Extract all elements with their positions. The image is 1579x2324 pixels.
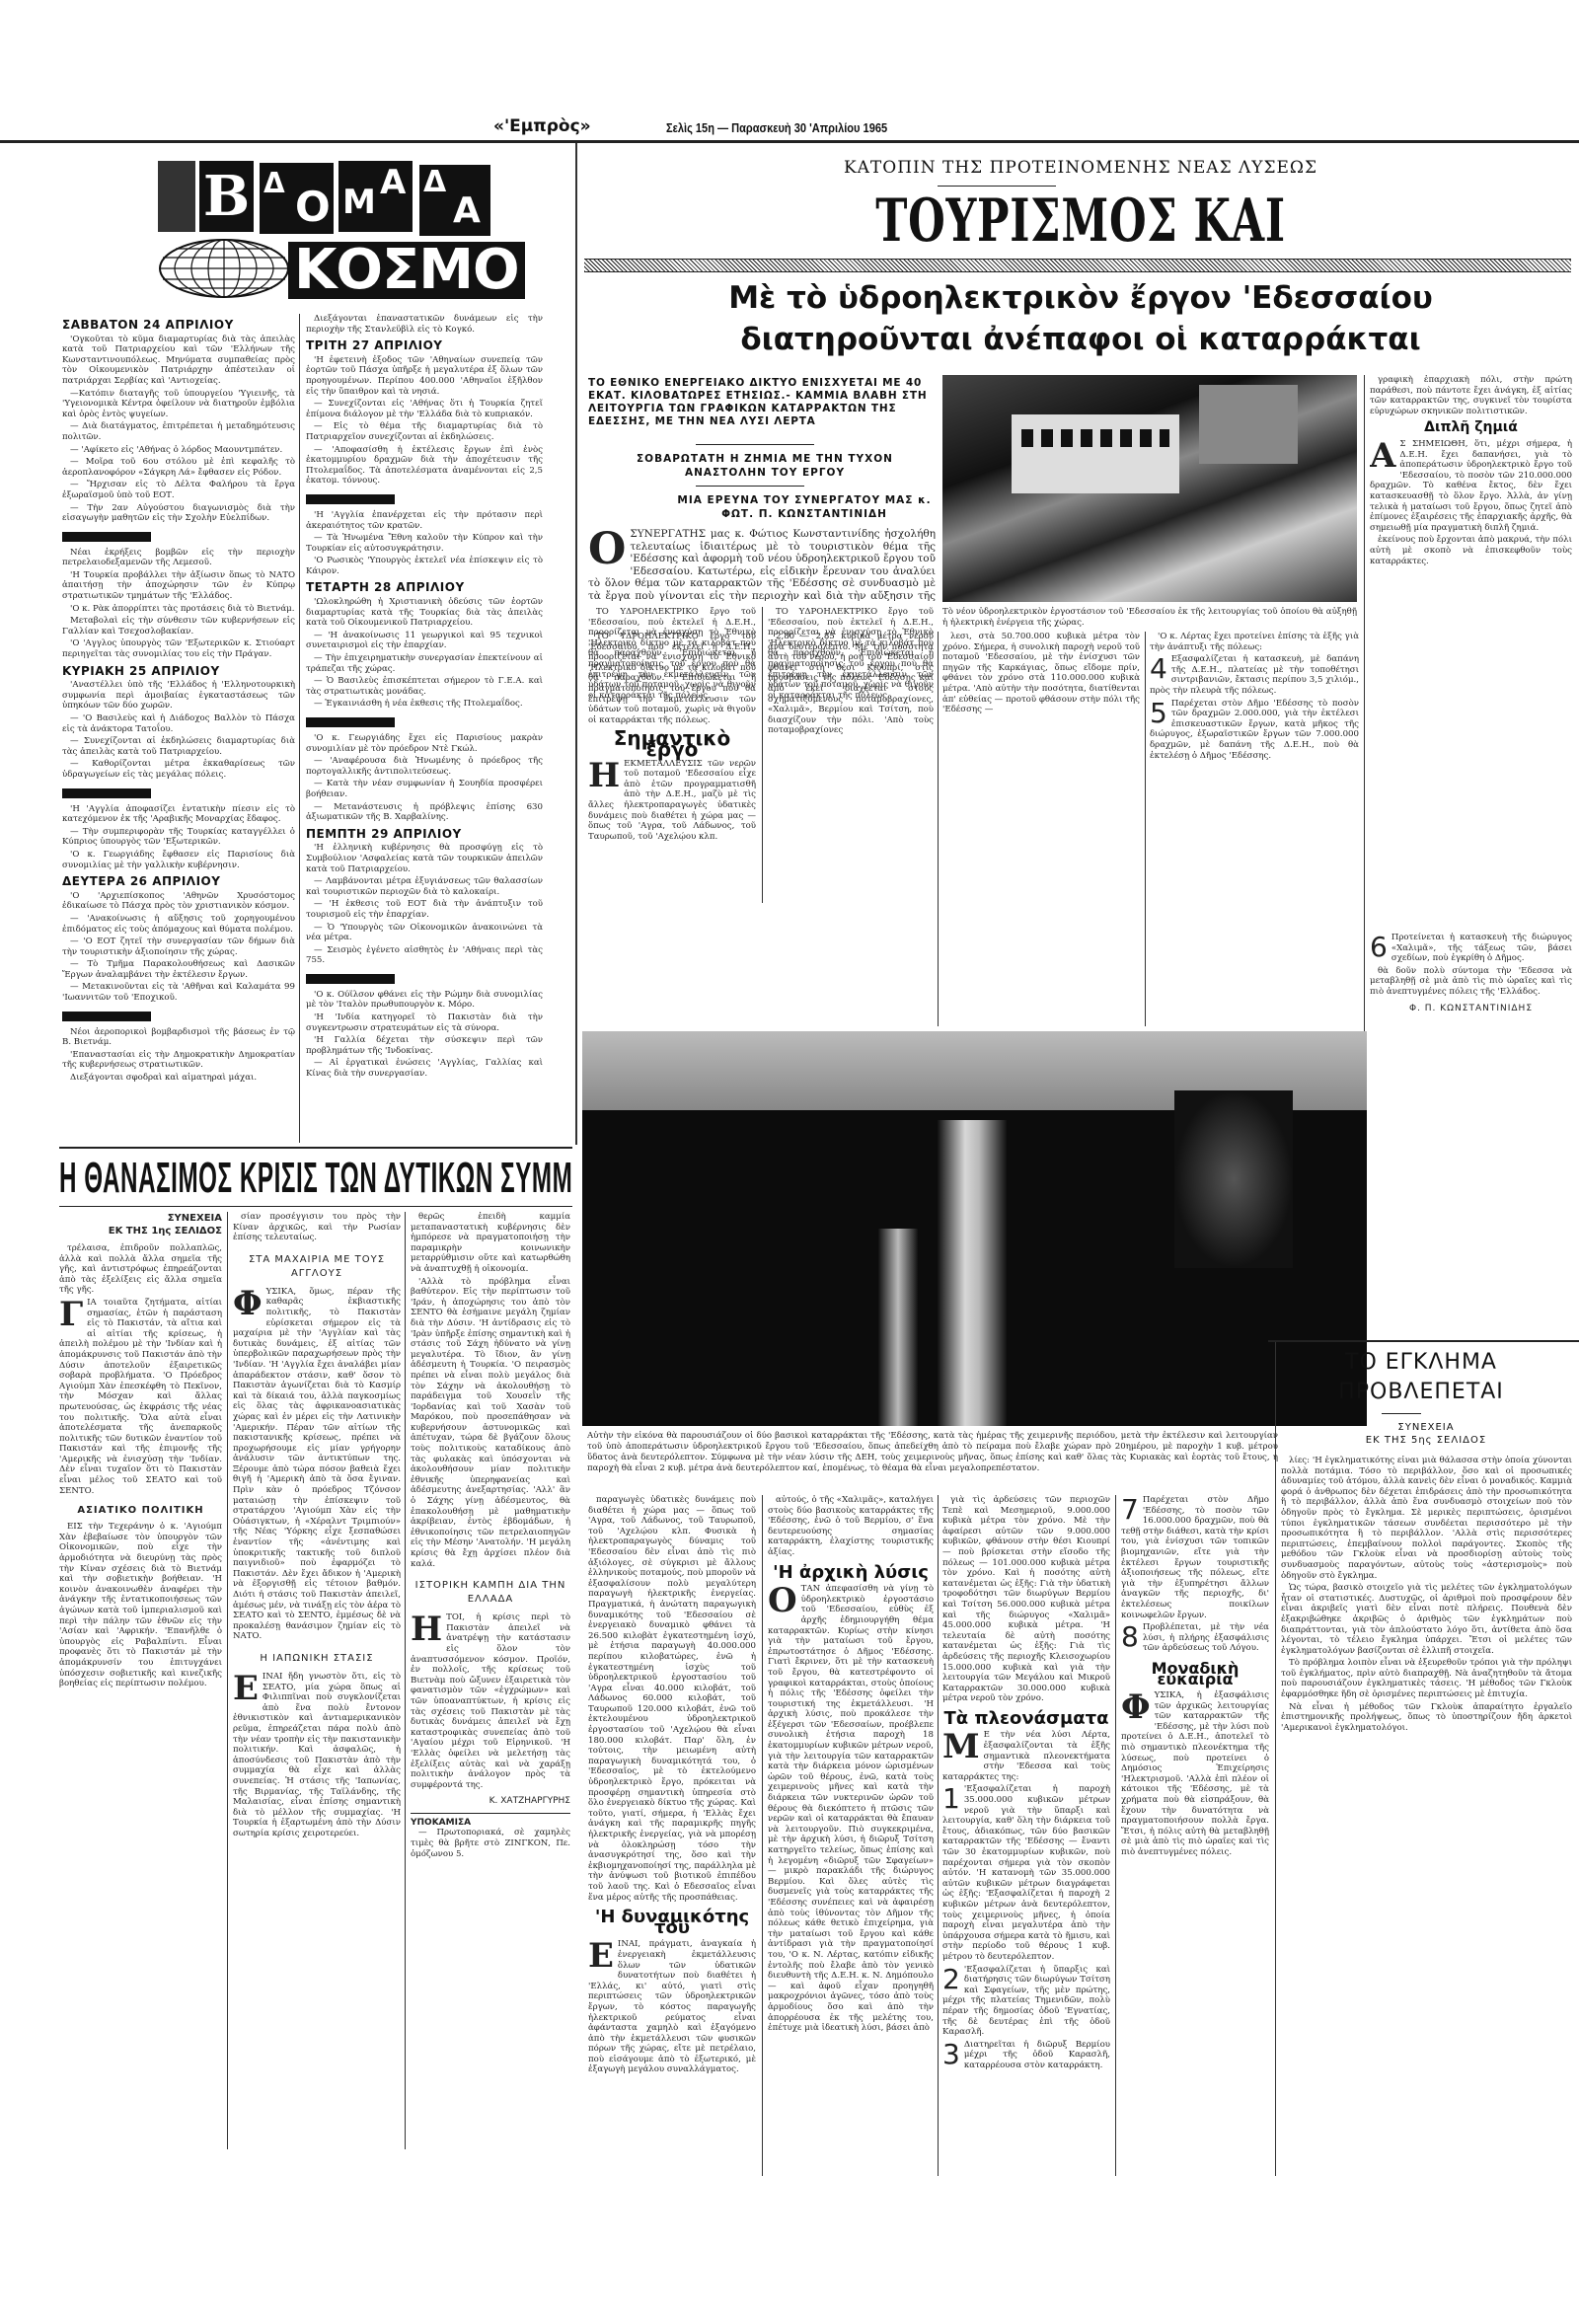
weekly-logo: Β Δ Ο Μ Α Δ Α ΚΟΣΜΟ: [158, 161, 553, 309]
world-news-bar: [62, 788, 151, 798]
waterfall-photo: [582, 1031, 1367, 1426]
section-heading: 'Η ἀρχικὴ λύσις: [768, 1568, 934, 1579]
advert-label: ΥΠΟΚΑΜΙΣΑ: [411, 1818, 570, 1829]
divider: [411, 1813, 570, 1814]
deck-secondary: ΣΟΒΑΡΩΤΑΤΗ Η ΖΗΜΙΑ ΜΕ ΤΗΝ ΤΥΧΟΝ ΑΝΑΣΤΟΛΗ…: [632, 452, 898, 480]
section-subhead: Η ΙΑΠΩΝΙΚΗ ΣΤΑΣΙΣ: [233, 1652, 401, 1666]
logo-letter-block: Δ Ο: [260, 163, 334, 234]
drop-cap: Φ: [1121, 1692, 1151, 1722]
masthead: «'Εμπρὸς» Σελὶς 15η — Παρασκευὴ 30 'Απρι…: [0, 116, 1579, 138]
article-row1-col4: 'Ο κ. Λέρτας ἔχει προτείνει ἐπίσης τὰ ἑξ…: [1150, 632, 1359, 1026]
drop-cap: Ο: [588, 530, 626, 569]
right-col-lower: 6 Προτείνεται ἡ κατασκευὴ τῆς διώρυγος «…: [1370, 933, 1572, 1248]
world-news-bar: [306, 974, 395, 984]
deck-rule: [696, 486, 804, 487]
weekly-col-1: ΣΑΒΒΑΤΟΝ 24 ΑΠΡΙΛΙΟΥ 'Ογκοῦται τὸ κῦμα δ…: [62, 314, 295, 1143]
world-news-bar: [62, 1012, 151, 1021]
continued-from: ΕΚ ΤΗΣ 1ης ΣΕΛΙΔΟΣ: [59, 1225, 222, 1237]
article-row1-col2: 2,80 — 2,85 κυβικὰ μέτρα νεροῦ ἀνὰ δευτε…: [768, 632, 934, 1026]
weekly-col-2: Διεξάγονται ἐπαναστατικῶν δυνάμεων εἰς τ…: [306, 314, 543, 1143]
column-divider: [575, 143, 577, 1145]
column-divider: [227, 1212, 228, 2149]
column-divider: [1275, 1342, 1276, 2176]
lower-col-2: αὐτούς, ὁ τῆς «Χαλιμᾶς», καταλήγει στοὺς…: [768, 1495, 934, 2176]
day-heading: ΠΕΜΠΤΗ 29 ΑΠΡΙΛΙΟΥ: [306, 829, 543, 840]
day-heading: ΔΕΥΤΕΡΑ 26 ΑΠΡΙΛΙΟΥ: [62, 876, 295, 887]
main-deck: ΤΟ ΕΘΝΙΚΟ ΕΝΕΡΓΕΙΑΚΟ ΔΙΚΤΥΟ ΕΝΙΣΧΥΕΤΑΙ Μ…: [588, 377, 934, 428]
number-cap: 8: [1121, 1624, 1139, 1650]
world-news-bar: [306, 494, 395, 504]
day-heading: ΤΕΤΑΡΤΗ 28 ΑΠΡΙΛΙΟΥ: [306, 582, 543, 593]
crime-headline-2: ΠΡΟΒΛΕΠΕΤΑΙ: [1268, 1380, 1574, 1404]
section-rule: [1268, 1340, 1579, 1342]
section-subhead: ΙΣΤΟΡΙΚΗ ΚΑΜΠΗ ΔΙΑ ΤΗΝ ΕΛΛΑΔΑ: [411, 1579, 570, 1607]
column-divider: [405, 1212, 406, 2149]
section-heading: Διπλῆ ζημιά: [1370, 422, 1572, 433]
drop-cap: Ο: [768, 1586, 797, 1615]
section-heading-important: Σημαντικὸ ἔργο: [588, 733, 756, 754]
lower-col-1: παραγωγὲς ὑδατικὲς δυνάμεις ποὺ διαθέτει…: [588, 1495, 756, 2176]
drop-cap: Ε: [588, 1941, 614, 1971]
waterfall-stream: [938, 1120, 1007, 1426]
intro-paragraph: Ο ΣΥΝΕΡΓΑΤΗΣ μας κ. Φώτιος Κωνσταντινίδη…: [588, 528, 936, 602]
column-divider: [938, 632, 939, 1026]
masthead-rule: [0, 140, 1579, 143]
building-shape: [1199, 385, 1298, 464]
logo-letter-block: Μ Α: [338, 161, 413, 232]
alliances-col-3: θερῶς ἐπειδὴ καμμία μεταπαναστατικὴ κυβέ…: [411, 1212, 570, 2149]
number-cap: 3: [942, 2042, 960, 2067]
waterfall-stream: [878, 1229, 918, 1426]
section-heading: 'Η δυναμικότης του: [588, 1912, 756, 1933]
column-divider: [1364, 375, 1365, 1105]
paper-name: «'Εμπρὸς»: [493, 116, 591, 136]
logo-letter-block: Δ Α: [419, 165, 490, 236]
headline-rule: [59, 1206, 572, 1207]
column-divider: [299, 314, 300, 1143]
section-rule: [59, 1147, 572, 1149]
number-cap: 5: [1150, 701, 1167, 726]
kicker: ΚΑΤΟΠΙΝ ΤΗΣ ΠΡΟΤΕΙΝΟΜΕΝΗΣ ΝΕΑΣ ΛΥΣΕΩΣ: [582, 158, 1579, 178]
drop-cap: Γ: [59, 1300, 83, 1329]
headline-hatch-rule: [584, 259, 1571, 272]
column-divider: [762, 607, 763, 903]
drop-cap: Μ: [942, 1732, 980, 1762]
day-heading: ΚΥΡΙΑΚΗ 25 ΑΠΡΙΛΙΟΥ: [62, 666, 295, 677]
subhead-line-1: Μὲ τὸ ὑδροηλεκτρικὸν ἔργον 'Εδεσσαίου: [582, 280, 1579, 316]
number-cap: 2: [942, 1967, 960, 1992]
continued-label: ΣΥΝΕΧΕΙΑ: [59, 1212, 222, 1225]
crime-headline-1: ΤΟ ΕΓΚΛΗΜΑ: [1268, 1350, 1574, 1375]
drop-cap: Ε: [233, 1674, 259, 1703]
lower-col-3: γιὰ τὶς ἀρδεύσεις τῶν περιοχῶν Τεπὲ καὶ …: [942, 1495, 1110, 2176]
drop-cap: Α: [1370, 441, 1395, 471]
foliage: [1174, 1090, 1293, 1268]
right-upper-col: γραφικὴ ἐπαρχιακὴ πόλι, στὴν πρώτη παράθ…: [1370, 375, 1572, 928]
drop-cap: Φ: [233, 1289, 263, 1318]
section-heading: Τὰ πλεονάσματα: [942, 1714, 1110, 1725]
kicker-rule: [938, 186, 1056, 187]
day-heading: ΤΡΙΤΗ 27 ΑΠΡΙΛΙΟΥ: [306, 340, 543, 351]
logo-letter-block: Β: [199, 161, 254, 232]
logo-photo-strip: [158, 161, 195, 232]
lower-col-4: 7 Παρέχεται στὸν Δῆμο 'Εδέσσης, τὸ ποσὸν…: [1121, 1495, 1269, 2176]
drop-cap: Η: [411, 1614, 442, 1644]
article-row1-col3: λεσι, στὰ 50.700.000 κυβικὰ μέτρα τὸν χρ…: [942, 632, 1140, 1026]
world-news-bar: [306, 717, 395, 727]
building-windows: [1021, 429, 1169, 447]
main-headline: ΤΟΥΡΙΣΜΟΣ ΚΑΙ ΕΞΗΛΕΚΤΡΙΣΜΟΣ: [582, 189, 1579, 253]
column-divider: [1115, 1495, 1116, 2176]
column-divider: [938, 1495, 939, 2176]
factory-photo-caption: Τὸ νέον ὑδροηλεκτρικὸν ἐργοστάσιον τοῦ '…: [942, 607, 1357, 629]
deck-rule: [696, 444, 814, 445]
day-heading: ΣΑΒΒΑΤΟΝ 24 ΑΠΡΙΛΙΟΥ: [62, 320, 295, 331]
subhead-line-2: διατηροῦνται ἀνέπαφοι οἱ καταρράκται: [582, 322, 1579, 357]
factory-photo: [942, 375, 1357, 602]
number-cap: 1: [942, 1786, 960, 1812]
page-info: Σελὶς 15η — Παρασκευὴ 30 'Απριλίου 1965: [666, 120, 887, 135]
column-divider: [1145, 632, 1146, 1026]
section-subhead: ΑΣΙΑΤΙΚΟ ΠΟΛΙΤΙΚΗ: [59, 1504, 222, 1518]
author: Κ. ΧΑΤΖΗΑΡΓΥΡΗΣ: [411, 1796, 570, 1807]
waterfall-photo-caption: Αὐτὴν τὴν εἰκόνα θὰ παρουσιάζουν οἱ δύο …: [587, 1431, 1278, 1474]
signature: Φ. Π. ΚΩΝΣΤΑΝΤΙΝΙΔΗΣ: [1370, 1004, 1572, 1014]
article-row1-col1: ΤΟ ΥΔΡΟΗΛΕΚΤΡΙΚΟ ἔργο τοῦ 'Εδεσσαίου, πο…: [588, 632, 756, 1026]
alliances-headline: Η ΘΑΝΑΣΙΜΟΣ ΚΡΙΣΙΣ ΤΩΝ ΔΥΤΙΚΩΝ ΣΥΜΜΑΧΙΩΝ: [59, 1155, 572, 1204]
section-subhead: ΣΤΑ ΜΑΧΑΙΡΙΑ ΜΕ ΤΟΥΣ ΑΓΓΛΟΥΣ: [233, 1253, 401, 1281]
crime-continued: ΣΥΝΕΧΕΙΑ ΕΚ ΤΗΣ 5ης ΣΕΛΙΔΟΣ: [1283, 1421, 1569, 1447]
number-cap: 4: [1150, 656, 1167, 682]
column-divider: [762, 1495, 763, 2176]
building-shape: [1012, 414, 1179, 493]
byline-heading: ΜΙΑ ΕΡΕΥΝΑ ΤΟΥ ΣΥΝΕΡΓΑΤΟΥ ΜΑΣ κ. ΦΩΤ. Π.…: [671, 493, 938, 521]
globe-icon: [158, 238, 291, 299]
drop-cap: Η: [588, 761, 620, 790]
crime-article-body: λίες: 'Η ἐγκληματικότης εἶναι μιὰ θάλασσ…: [1281, 1456, 1572, 2176]
number-cap: 7: [1121, 1497, 1139, 1523]
alliances-col-1: ΣΥΝΕΧΕΙΑ ΕΚ ΤΗΣ 1ης ΣΕΛΙΔΟΣ τρέλαισα, ἐπ…: [59, 1212, 222, 2149]
crime-rule: [1382, 1413, 1421, 1414]
world-news-bar: [62, 532, 151, 542]
number-cap: 6: [1370, 935, 1388, 960]
section-heading: Μοναδικὴ εὐκαιρία: [1121, 1664, 1269, 1685]
alliances-col-2: σίαν προσέγγισιν του πρὸς τὴν Κίναν ἀρχι…: [233, 1212, 401, 2149]
logo-bottom-word: ΚΟΣΜΟ: [288, 242, 525, 299]
